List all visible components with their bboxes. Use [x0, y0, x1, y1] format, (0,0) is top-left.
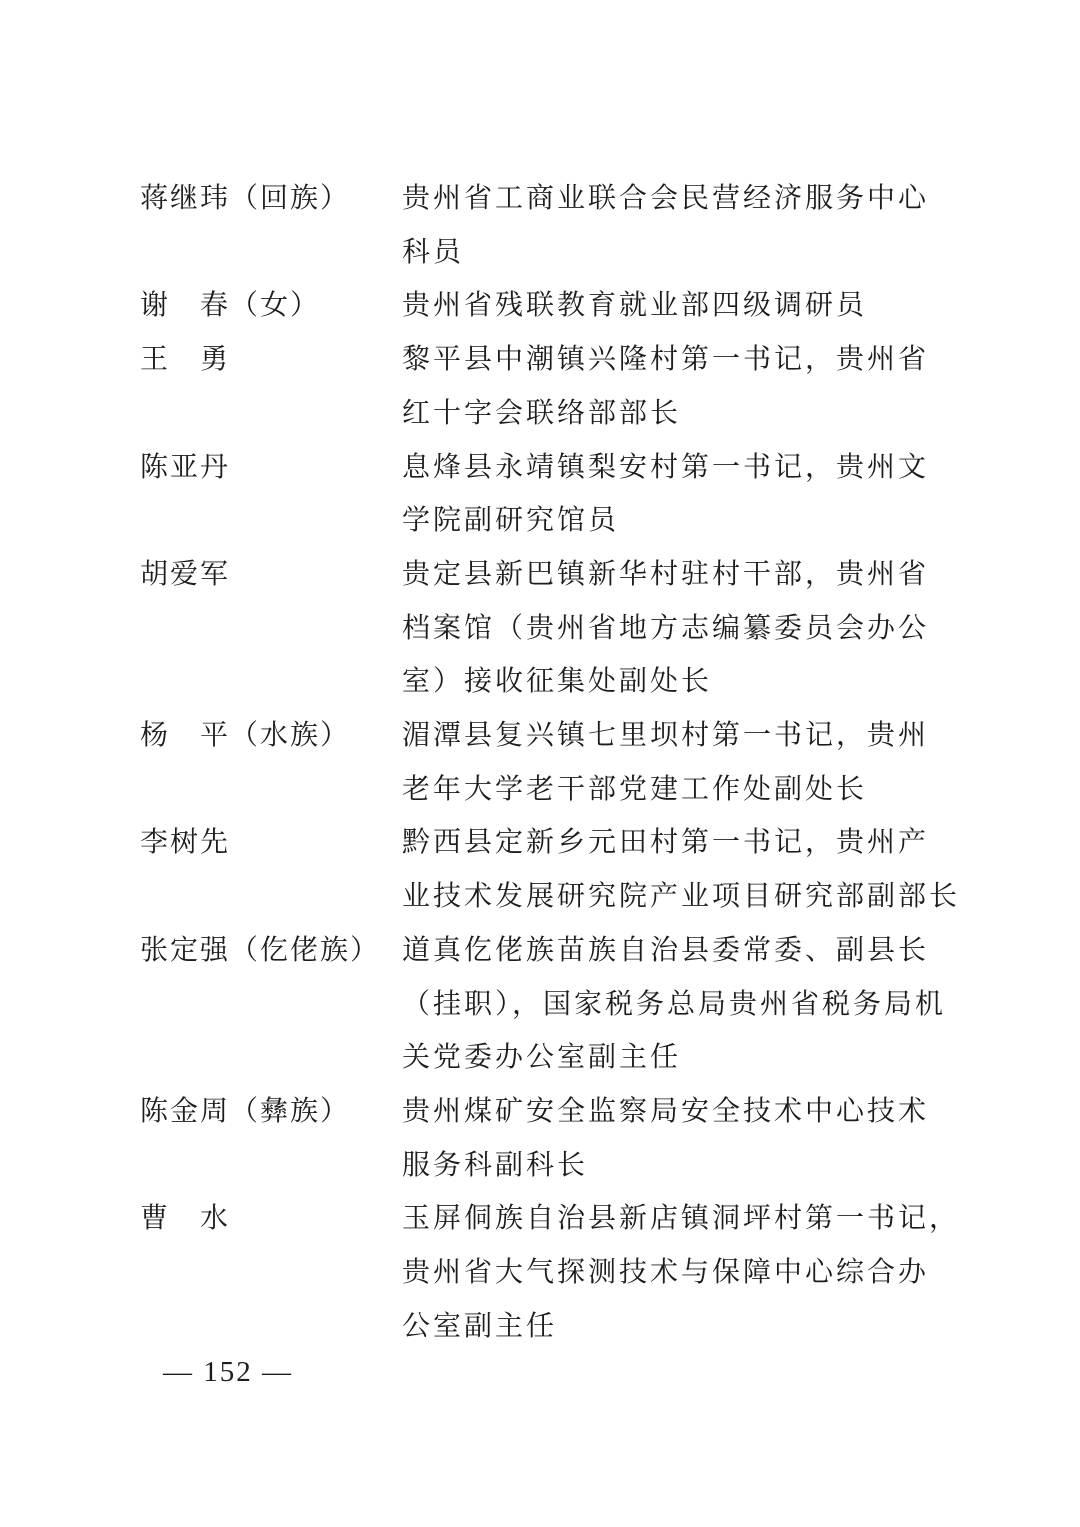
- list-entry: 蒋继玮（回族） 贵州省工商业联合会民营经济服务中心 科员: [140, 172, 960, 279]
- person-name: 李树先: [140, 816, 402, 870]
- title-line: 公室副主任: [402, 1300, 960, 1354]
- title-line: 黔西县定新乡元田村第一书记，贵州产: [402, 816, 960, 870]
- title-line: 服务科副科长: [402, 1139, 929, 1193]
- list-entry: 陈金周（彝族） 贵州煤矿安全监察局安全技术中心技术 服务科副科长: [140, 1085, 960, 1192]
- list-entry: 曹 水 玉屏侗族自治县新店镇洞坪村第一书记， 贵州省大气探测技术与保障中心综合办…: [140, 1192, 960, 1353]
- title-line: 贵州省残联教育就业部四级调研员: [402, 279, 867, 333]
- list-entry: 杨 平（水族） 湄潭县复兴镇七里坝村第一书记，贵州 老年大学老干部党建工作处副处…: [140, 709, 960, 816]
- title-line: 学院副研究馆员: [402, 494, 929, 548]
- title-line: 红十字会联络部部长: [402, 387, 929, 441]
- person-name: 张定强（仡佬族）: [140, 924, 402, 978]
- title-line: 科员: [402, 226, 929, 280]
- person-name: 陈亚丹: [140, 441, 402, 495]
- person-name: 王 勇: [140, 333, 402, 387]
- person-title: 玉屏侗族自治县新店镇洞坪村第一书记， 贵州省大气探测技术与保障中心综合办 公室副…: [402, 1192, 960, 1353]
- title-line: 贵州省工商业联合会民营经济服务中心: [402, 172, 929, 226]
- person-name: 胡爱军: [140, 548, 402, 602]
- list-entry: 张定强（仡佬族） 道真仡佬族苗族自治县委常委、副县长 （挂职），国家税务总局贵州…: [140, 924, 960, 1085]
- title-line: 关党委办公室副主任: [402, 1031, 946, 1085]
- person-title: 湄潭县复兴镇七里坝村第一书记，贵州 老年大学老干部党建工作处副处长: [402, 709, 929, 816]
- title-line: 室）接收征集处副处长: [402, 655, 929, 709]
- title-line: 老年大学老干部党建工作处副处长: [402, 763, 929, 817]
- person-title: 黔西县定新乡元田村第一书记，贵州产 业技术发展研究院产业项目研究部副部长: [402, 816, 960, 923]
- person-title: 贵州煤矿安全监察局安全技术中心技术 服务科副科长: [402, 1085, 929, 1192]
- person-title: 贵州省工商业联合会民营经济服务中心 科员: [402, 172, 929, 279]
- person-title: 贵州省残联教育就业部四级调研员: [402, 279, 867, 333]
- person-title: 息烽县永靖镇梨安村第一书记，贵州文 学院副研究馆员: [402, 441, 929, 548]
- title-line: （挂职），国家税务总局贵州省税务局机: [402, 978, 946, 1032]
- list-entry: 陈亚丹 息烽县永靖镇梨安村第一书记，贵州文 学院副研究馆员: [140, 441, 960, 548]
- title-line: 贵定县新巴镇新华村驻村干部，贵州省: [402, 548, 929, 602]
- title-line: 黎平县中潮镇兴隆村第一书记，贵州省: [402, 333, 929, 387]
- person-name: 曹 水: [140, 1192, 402, 1246]
- person-name: 谢 春（女）: [140, 279, 402, 333]
- title-line: 贵州煤矿安全监察局安全技术中心技术: [402, 1085, 929, 1139]
- title-line: 道真仡佬族苗族自治县委常委、副县长: [402, 924, 946, 978]
- person-name: 杨 平（水族）: [140, 709, 402, 763]
- title-line: 湄潭县复兴镇七里坝村第一书记，贵州: [402, 709, 929, 763]
- list-entry: 李树先 黔西县定新乡元田村第一书记，贵州产 业技术发展研究院产业项目研究部副部长: [140, 816, 960, 923]
- person-title: 贵定县新巴镇新华村驻村干部，贵州省 档案馆（贵州省地方志编纂委员会办公 室）接收…: [402, 548, 929, 709]
- page-number: — 152 —: [163, 1350, 293, 1394]
- list-entry: 谢 春（女） 贵州省残联教育就业部四级调研员: [140, 279, 960, 333]
- title-line: 息烽县永靖镇梨安村第一书记，贵州文: [402, 441, 929, 495]
- person-title: 道真仡佬族苗族自治县委常委、副县长 （挂职），国家税务总局贵州省税务局机 关党委…: [402, 924, 946, 1085]
- title-line: 贵州省大气探测技术与保障中心综合办: [402, 1246, 960, 1300]
- title-line: 业技术发展研究院产业项目研究部副部长: [402, 870, 960, 924]
- title-line: 档案馆（贵州省地方志编纂委员会办公: [402, 602, 929, 656]
- person-name: 陈金周（彝族）: [140, 1085, 402, 1139]
- title-line: 玉屏侗族自治县新店镇洞坪村第一书记，: [402, 1192, 960, 1246]
- person-title: 黎平县中潮镇兴隆村第一书记，贵州省 红十字会联络部部长: [402, 333, 929, 440]
- list-entry: 王 勇 黎平县中潮镇兴隆村第一书记，贵州省 红十字会联络部部长: [140, 333, 960, 440]
- list-entry: 胡爱军 贵定县新巴镇新华村驻村干部，贵州省 档案馆（贵州省地方志编纂委员会办公 …: [140, 548, 960, 709]
- award-list: 蒋继玮（回族） 贵州省工商业联合会民营经济服务中心 科员 谢 春（女） 贵州省残…: [140, 172, 960, 1353]
- person-name: 蒋继玮（回族）: [140, 172, 402, 226]
